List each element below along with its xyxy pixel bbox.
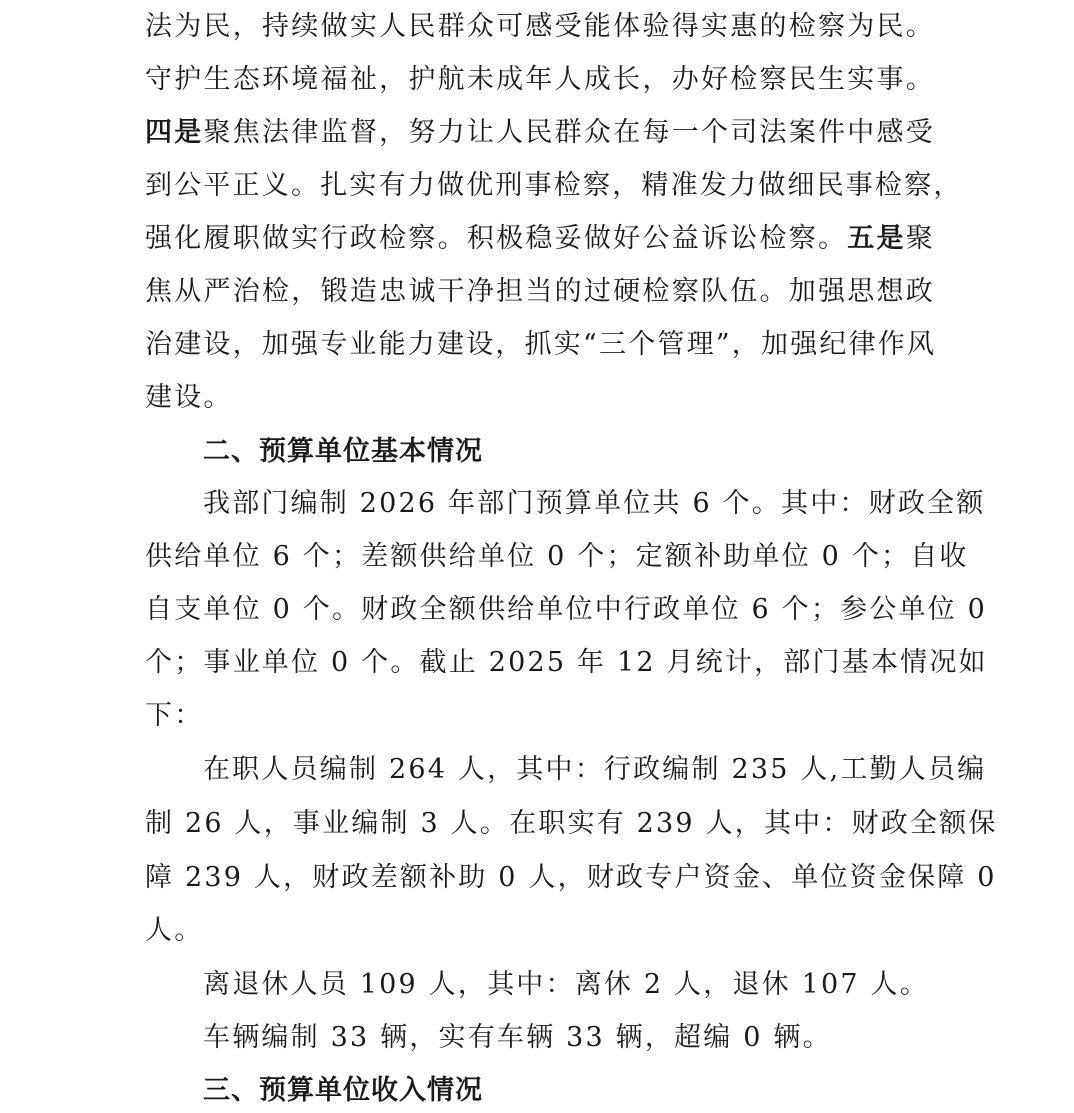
text-line: 车辆编制 33 辆，实有车辆 33 辆，超编 0 辆。 bbox=[203, 1011, 832, 1064]
text-line: 焦从严治检，锻造忠诚干净担当的过硬检察队伍。加强思想政 bbox=[145, 265, 935, 318]
text-line: 治建设，加强专业能力建设，抓实“三个管理”，加强纪律作风 bbox=[145, 318, 935, 371]
text-line: 守护生态环境福祉，护航未成年人成长，办好检察民生实事。 bbox=[145, 53, 935, 106]
text-line: 下： bbox=[145, 689, 203, 742]
text-span: 强化履职做实行政检察。积极稳妥做好公益诉讼检察。 bbox=[145, 223, 847, 254]
text-line: 到公平正义。扎实有力做优刑事检察，精准发力做细民事检察， bbox=[145, 159, 935, 212]
text-line: 供给单位 6 个；差额供给单位 0 个；定额补助单位 0 个；自收 bbox=[145, 530, 935, 583]
text-span: 聚 bbox=[906, 223, 935, 254]
text-line: 障 239 人，财政差额补助 0 人，财政专户资金、单位资金保障 0 bbox=[145, 851, 935, 904]
text-line: 强化履职做实行政检察。积极稳妥做好公益诉讼检察。五是聚 bbox=[145, 212, 935, 265]
section-heading-3: 三、预算单位收入情况 bbox=[203, 1064, 483, 1113]
bold-lead-four: 四是 bbox=[145, 117, 204, 148]
text-span: 聚焦法律监督，努力让人民群众在每一个司法案件中感受 bbox=[204, 117, 935, 148]
text-line: 制 26 人，事业编制 3 人。在职实有 239 人，其中：财政全额保 bbox=[145, 797, 935, 850]
text-line: 个；事业单位 0 个。截止 2025 年 12 月统计，部门基本情况如 bbox=[145, 636, 935, 689]
text-line: 四是聚焦法律监督，努力让人民群众在每一个司法案件中感受 bbox=[145, 106, 935, 159]
section-heading-2: 二、预算单位基本情况 bbox=[203, 425, 483, 478]
text-line: 离退休人员 109 人，其中：离休 2 人，退休 107 人。 bbox=[203, 958, 929, 1011]
text-line: 我部门编制 2026 年部门预算单位共 6 个。其中：财政全额 bbox=[203, 477, 935, 530]
text-line: 在职人员编制 264 人，其中：行政编制 235 人,工勤人员编 bbox=[203, 743, 935, 796]
text-line: 人。 bbox=[145, 904, 203, 957]
bold-lead-five: 五是 bbox=[847, 223, 906, 254]
text-line: 自支单位 0 个。财政全额供给单位中行政单位 6 个；参公单位 0 bbox=[145, 583, 935, 636]
text-line: 法为民，持续做实人民群众可感受能体验得实惠的检察为民。 bbox=[145, 0, 935, 53]
text-line: 建设。 bbox=[145, 371, 233, 424]
